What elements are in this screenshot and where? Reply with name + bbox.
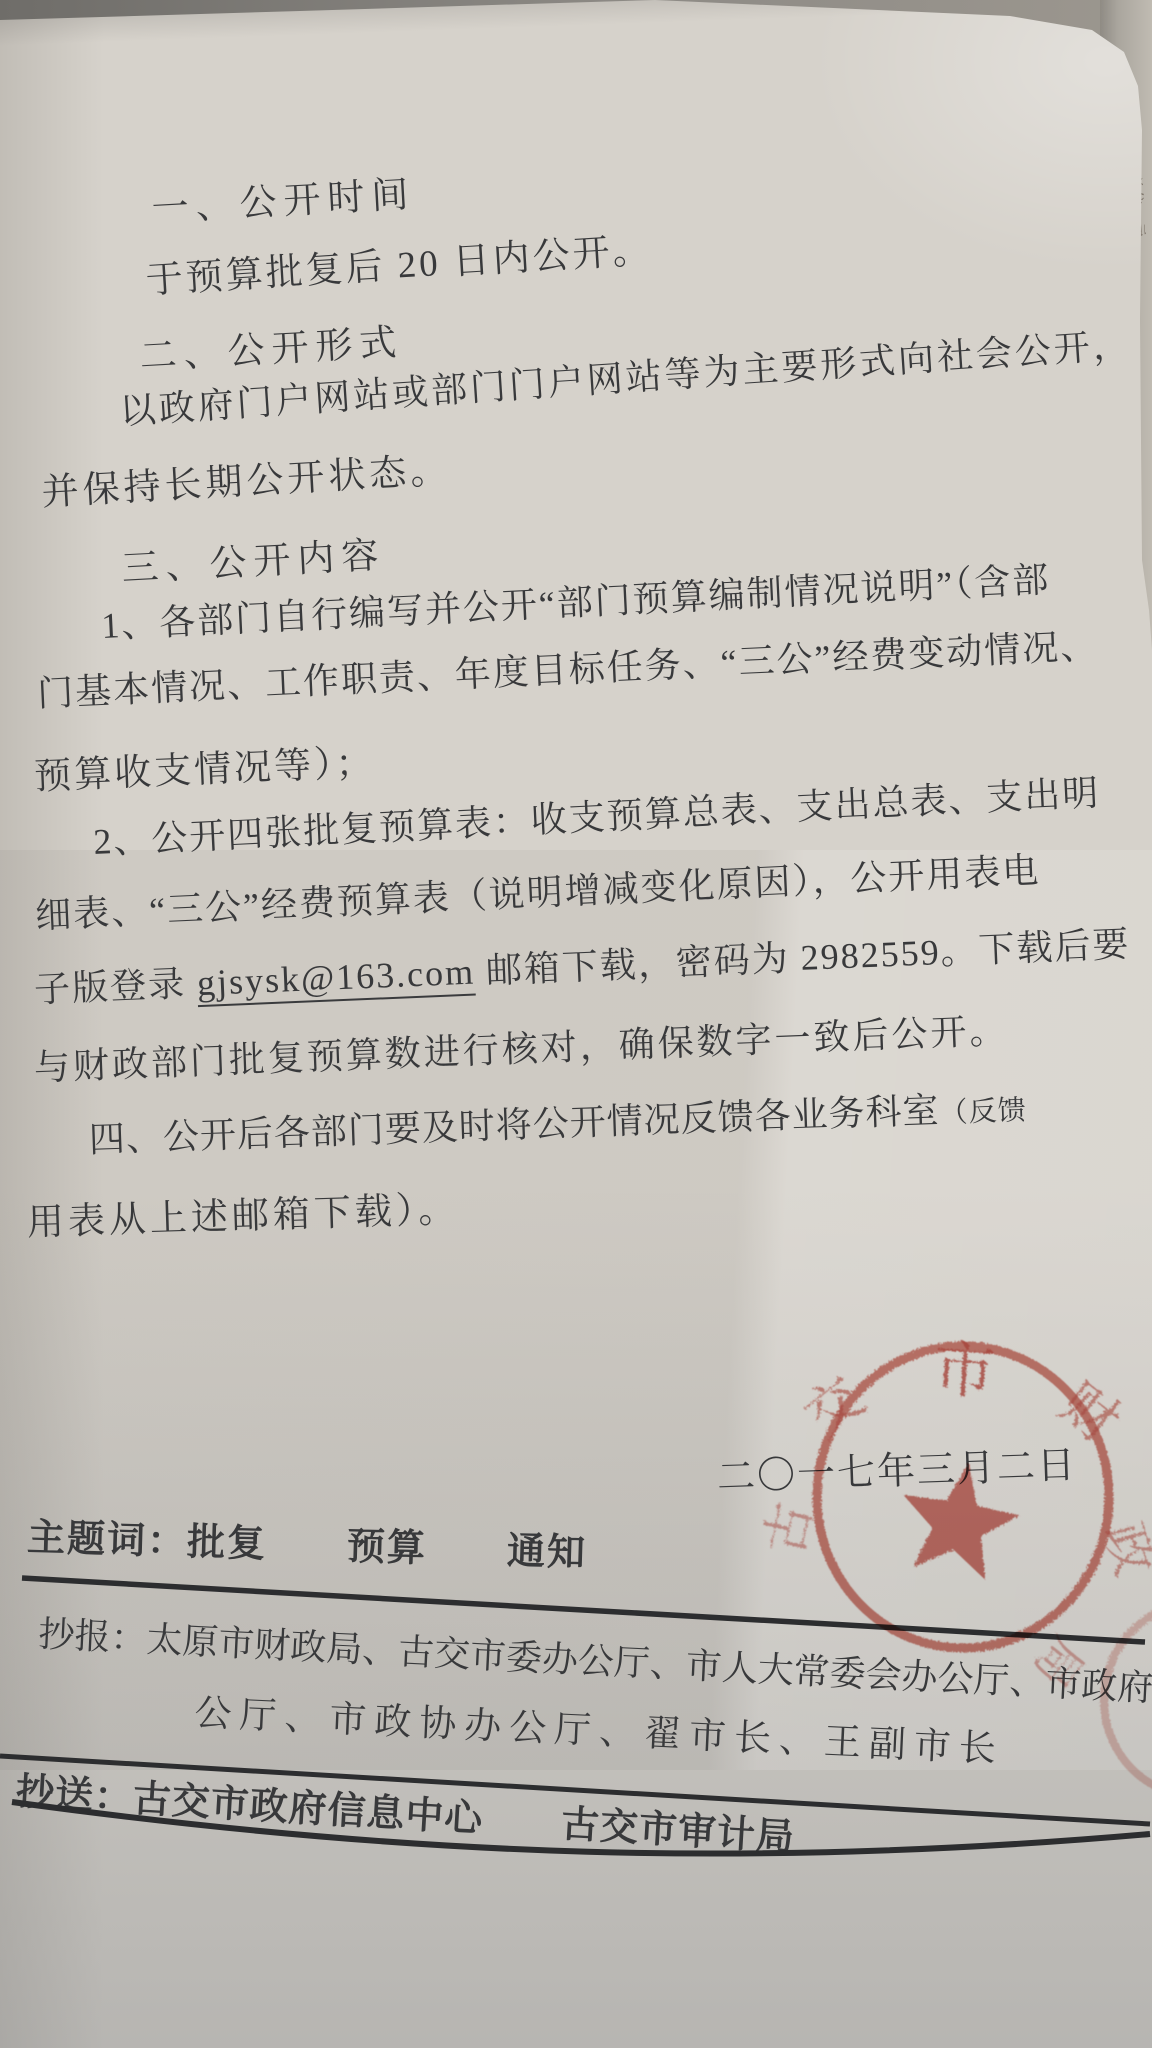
copy-send-line: 抄送：古交市政府信息中心 古交市审计局 — [15, 1760, 797, 1861]
photo-of-document: { "document_kind": "scanned notice page … — [0, 0, 1152, 2048]
para-2-line-2: 并保持长期公开状态。 — [40, 439, 452, 516]
heading-1: 一、公开时间 — [150, 163, 417, 232]
para-3-line-3: 预算收支情况等）； — [33, 732, 376, 800]
heading-3: 三、公开内容 — [120, 524, 386, 592]
document-page: 一、公开时间于预算批复后 20 日内公开。二、公开形式以政府门户网站或部门门户网… — [0, 0, 1152, 2048]
para-1-line-1: 于预算批复后 20 日内公开。 — [144, 219, 654, 304]
